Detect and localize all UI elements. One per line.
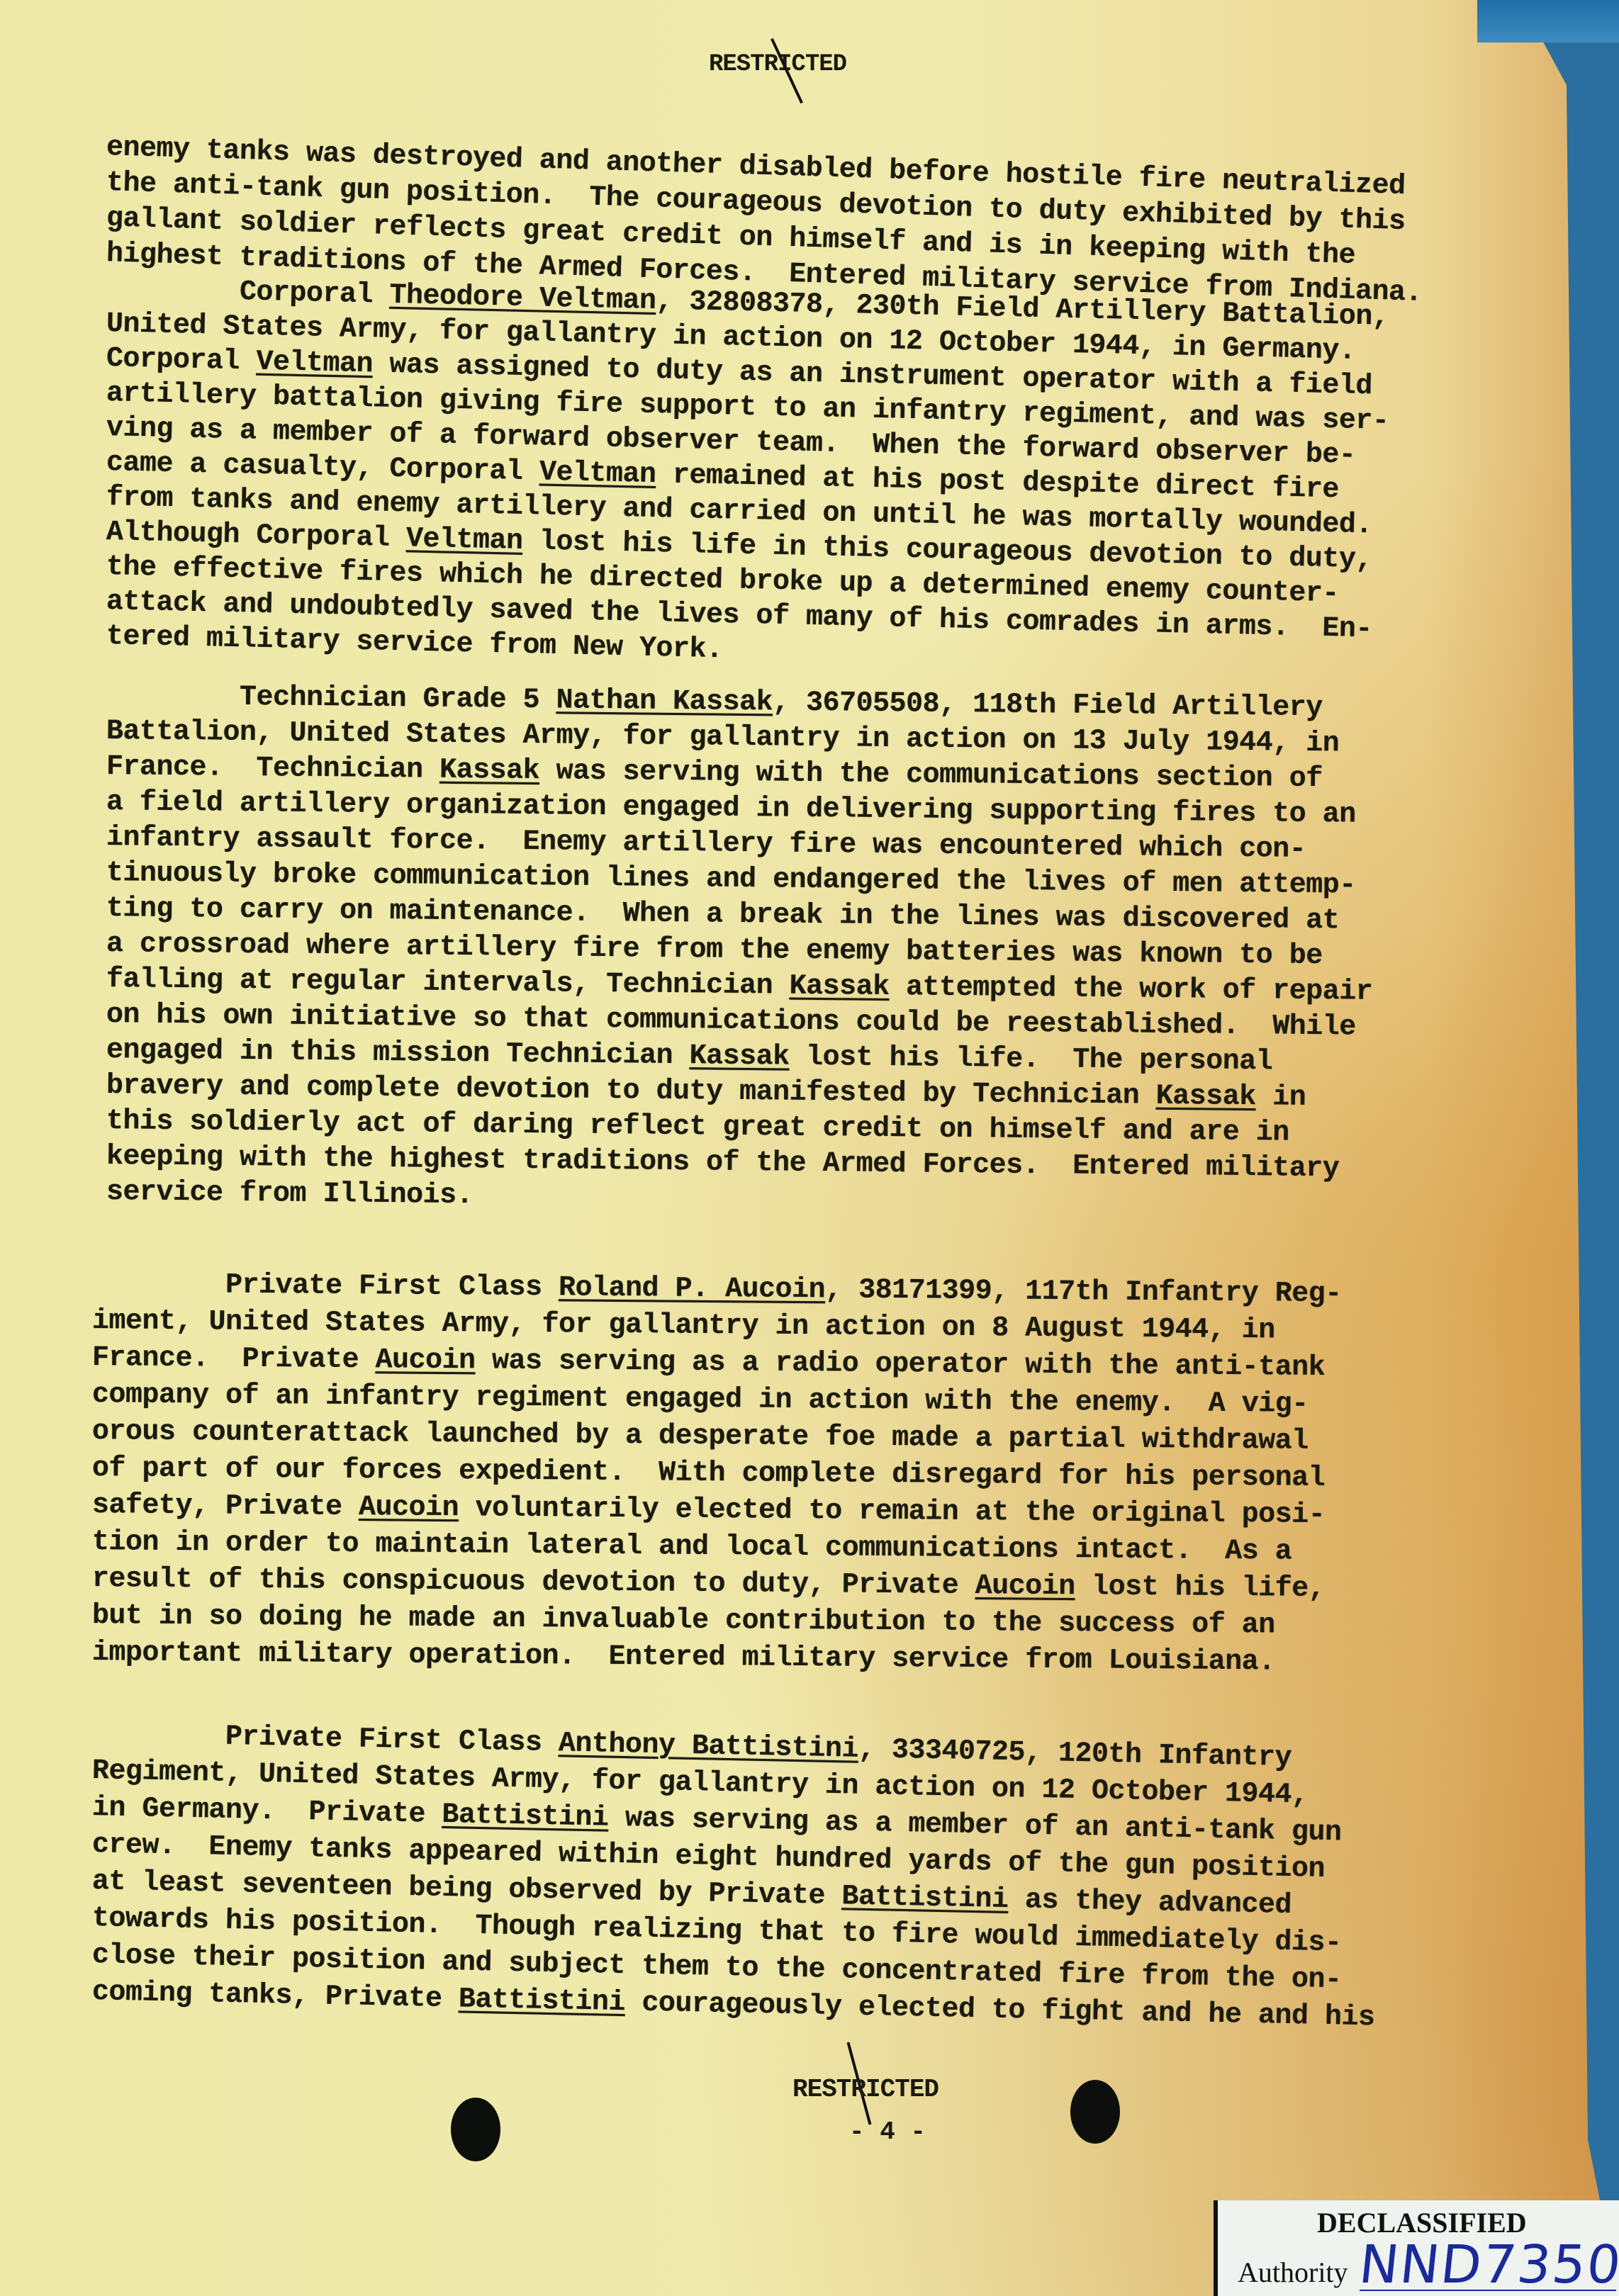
underlined-name: Kassak <box>439 755 539 787</box>
underlined-name: Battistini <box>841 1881 1009 1916</box>
underlined-name: Veltman <box>539 456 656 491</box>
underlined-name: Nathan Kassak <box>556 685 773 719</box>
underlined-name: Theodore Veltman <box>389 280 656 317</box>
underlined-name: Kassak <box>1155 1081 1255 1113</box>
underlined-name: Kassak <box>689 1040 789 1073</box>
punch-hole-right <box>1070 2080 1120 2144</box>
underlined-name: Aucoin <box>375 1344 475 1377</box>
footer-restricted-stamp: RESTRICTED <box>792 2075 939 2104</box>
declassification-stamp: DECLASSIFIED Authority NND735017 <box>1214 2200 1619 2296</box>
underlined-name: Aucoin <box>975 1570 1075 1603</box>
underlined-name: Battistini <box>442 1799 609 1835</box>
underlined-name: Battistini <box>459 1983 626 2019</box>
background-surface <box>1477 0 1619 43</box>
text-line: service from Illinois. <box>106 1176 474 1212</box>
authority-number: NND735017 <box>1356 2234 1619 2295</box>
page-number: - 4 - <box>849 2117 926 2146</box>
underlined-name: Veltman <box>405 523 522 558</box>
underlined-name: Roland P. Aucoin <box>559 1272 825 1306</box>
authority-underline <box>1360 2290 1616 2291</box>
underlined-name: Veltman <box>256 347 373 381</box>
punch-hole-left <box>451 2098 500 2161</box>
authority-label: Authority <box>1238 2256 1348 2289</box>
underlined-name: Aucoin <box>359 1492 459 1524</box>
underlined-name: Kassak <box>789 971 889 1003</box>
underlined-name: Anthony Battistini <box>559 1728 859 1765</box>
